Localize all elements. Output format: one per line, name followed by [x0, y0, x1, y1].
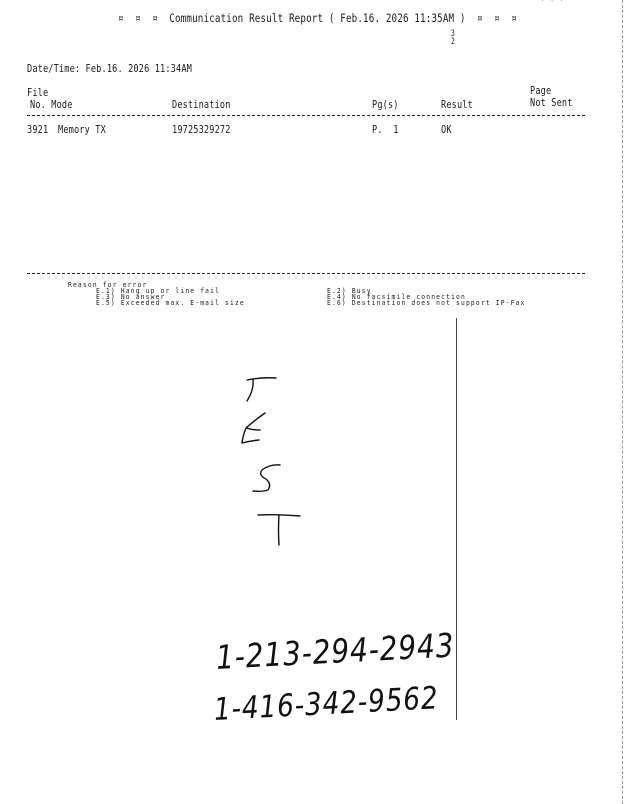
handwritten-test — [0, 0, 635, 804]
